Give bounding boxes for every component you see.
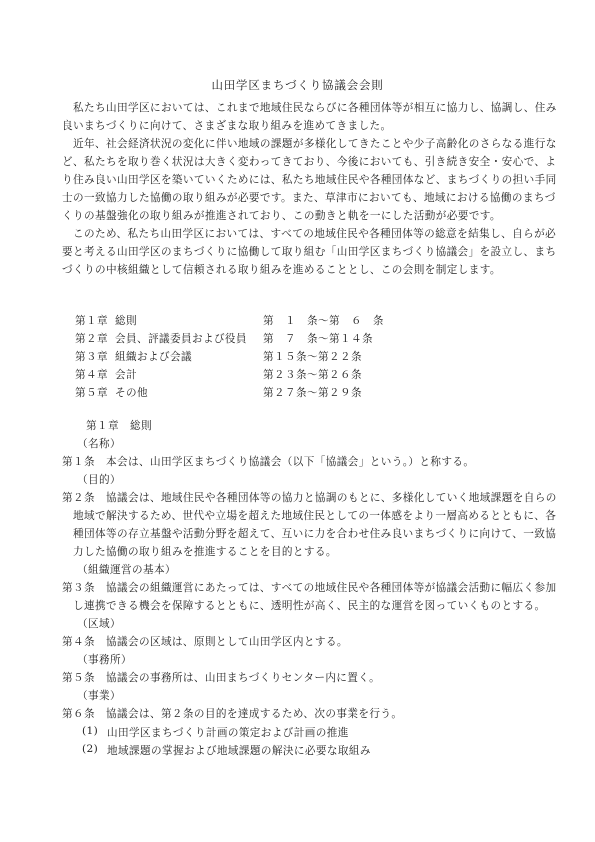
toc-name: その他 xyxy=(115,385,148,400)
list-item-text: 山田学区まちづくり計画の策定および計画の推進 xyxy=(107,725,349,740)
toc-range: 第２３条～第２６条 xyxy=(263,367,362,382)
toc-chapter: 第３章 xyxy=(75,349,108,364)
toc-chapter: 第５章 xyxy=(75,385,108,400)
toc-chapter: 第４章 xyxy=(75,367,108,382)
document-page: 山田学区まちづくり協議会会則 私たち山田学区においては、これまで地域住民ならびに… xyxy=(0,0,595,842)
article-line: 第６条 協議会は、第２条の目的を達成するため、次の事業を行う。 xyxy=(62,707,402,721)
article-line: 種団体等の存立基盤や活動分野を超えて、互いに力を合わせ住み良いまちづくりに向けて… xyxy=(73,527,556,541)
toc-chapter: 第２章 xyxy=(75,331,108,346)
article-caption: （名称） xyxy=(77,437,121,451)
toc-name: 組織および会議 xyxy=(115,349,192,364)
preamble-line: づくりの中核組織として信頼される取り組みを進めることとし、この会則を制定します。 xyxy=(62,263,501,277)
article-caption: （区域） xyxy=(77,617,121,631)
preamble-line: 士の一致協力した協働の取り組みが必要です。また、草津市においても、地域における協… xyxy=(62,191,556,205)
toc-name: 会員、評議委員および役員 xyxy=(115,331,247,346)
article-line: 第１条 本会は、山田学区まちづくり協議会（以下「協議会」という。）と称する。 xyxy=(62,455,474,469)
article-line: 力した協働の取り組みを推進することを目的とする。 xyxy=(73,545,337,559)
preamble-line: 要と考える山田学区のまちづくりに協働して取り組む「山田学区まちづくり協議会」を設… xyxy=(62,245,557,259)
preamble-line: 良いまちづくりに向けて、さまざまな取り組みを進めてきました。 xyxy=(62,119,392,133)
list-item-number: (2) xyxy=(82,743,98,755)
article-line: し連携できる機会を保障するとともに、透明性が高く、民主的な運営を図っていくものと… xyxy=(73,599,546,613)
list-item-text: 地域課題の掌握および地域課題の解決に必要な取組み xyxy=(107,743,371,758)
chapter-heading: 第１章 総則 xyxy=(86,419,152,433)
document-title: 山田学区まちづくり協議会会則 xyxy=(0,77,595,93)
preamble-line: ど、私たちを取り巻く状況は大きく変わってきており、今後においても、引き続き安全・… xyxy=(62,155,556,169)
article-caption: （目的） xyxy=(77,473,121,487)
toc-range: 第 ７ 条～第１４条 xyxy=(263,331,373,346)
preamble-line: り住み良い山田学区を築いていくためには、私たち地域住民や各種団体など、まちづくり… xyxy=(62,173,557,187)
toc-chapter: 第１章 xyxy=(75,313,108,328)
preamble-line: このため、私たち山田学区においては、すべての地域住民や各種団体等の総意を結集し、… xyxy=(62,227,556,241)
toc-name: 総則 xyxy=(115,313,137,328)
article-caption: （事業） xyxy=(77,689,121,703)
article-line: 第３条 協議会の組織運営にあたっては、すべての地域住民や各種団体等が協議会活動に… xyxy=(62,581,557,595)
article-caption: （事務所） xyxy=(77,653,132,667)
preamble-line: 近年、社会経済状況の変化に伴い地域の課題が多様化してきたことや少子高齢化のさらな… xyxy=(62,137,557,151)
toc-range: 第 １ 条～第 ６ 条 xyxy=(263,313,384,328)
article-line: 第４条 協議会の区域は、原則として山田学区内とする。 xyxy=(62,635,348,649)
article-caption: （組織運営の基本） xyxy=(77,563,176,577)
toc-range: 第１５条～第２２条 xyxy=(263,349,362,364)
list-item-number: (1) xyxy=(82,725,98,737)
preamble-line: 私たち山田学区においては、これまで地域住民ならびに各種団体等が相互に協力し、協調… xyxy=(62,101,557,115)
toc-name: 会計 xyxy=(115,367,137,382)
toc-range: 第２７条～第２９条 xyxy=(263,385,362,400)
article-line: 第２条 協議会は、地域住民や各種団体等の協力と協調のもとに、多様化していく地域課… xyxy=(62,491,557,505)
article-line: 第５条 協議会の事務所は、山田まちづくりセンター内に置く。 xyxy=(62,671,380,685)
article-line: 地域で解決するため、世代や立場を超えた地域住民としての一体感をより一層高めるとと… xyxy=(73,509,556,523)
preamble-line: くりの基盤強化の取り組みが推進されており、この動きと軌を一にした活動が必要です。 xyxy=(62,209,501,223)
